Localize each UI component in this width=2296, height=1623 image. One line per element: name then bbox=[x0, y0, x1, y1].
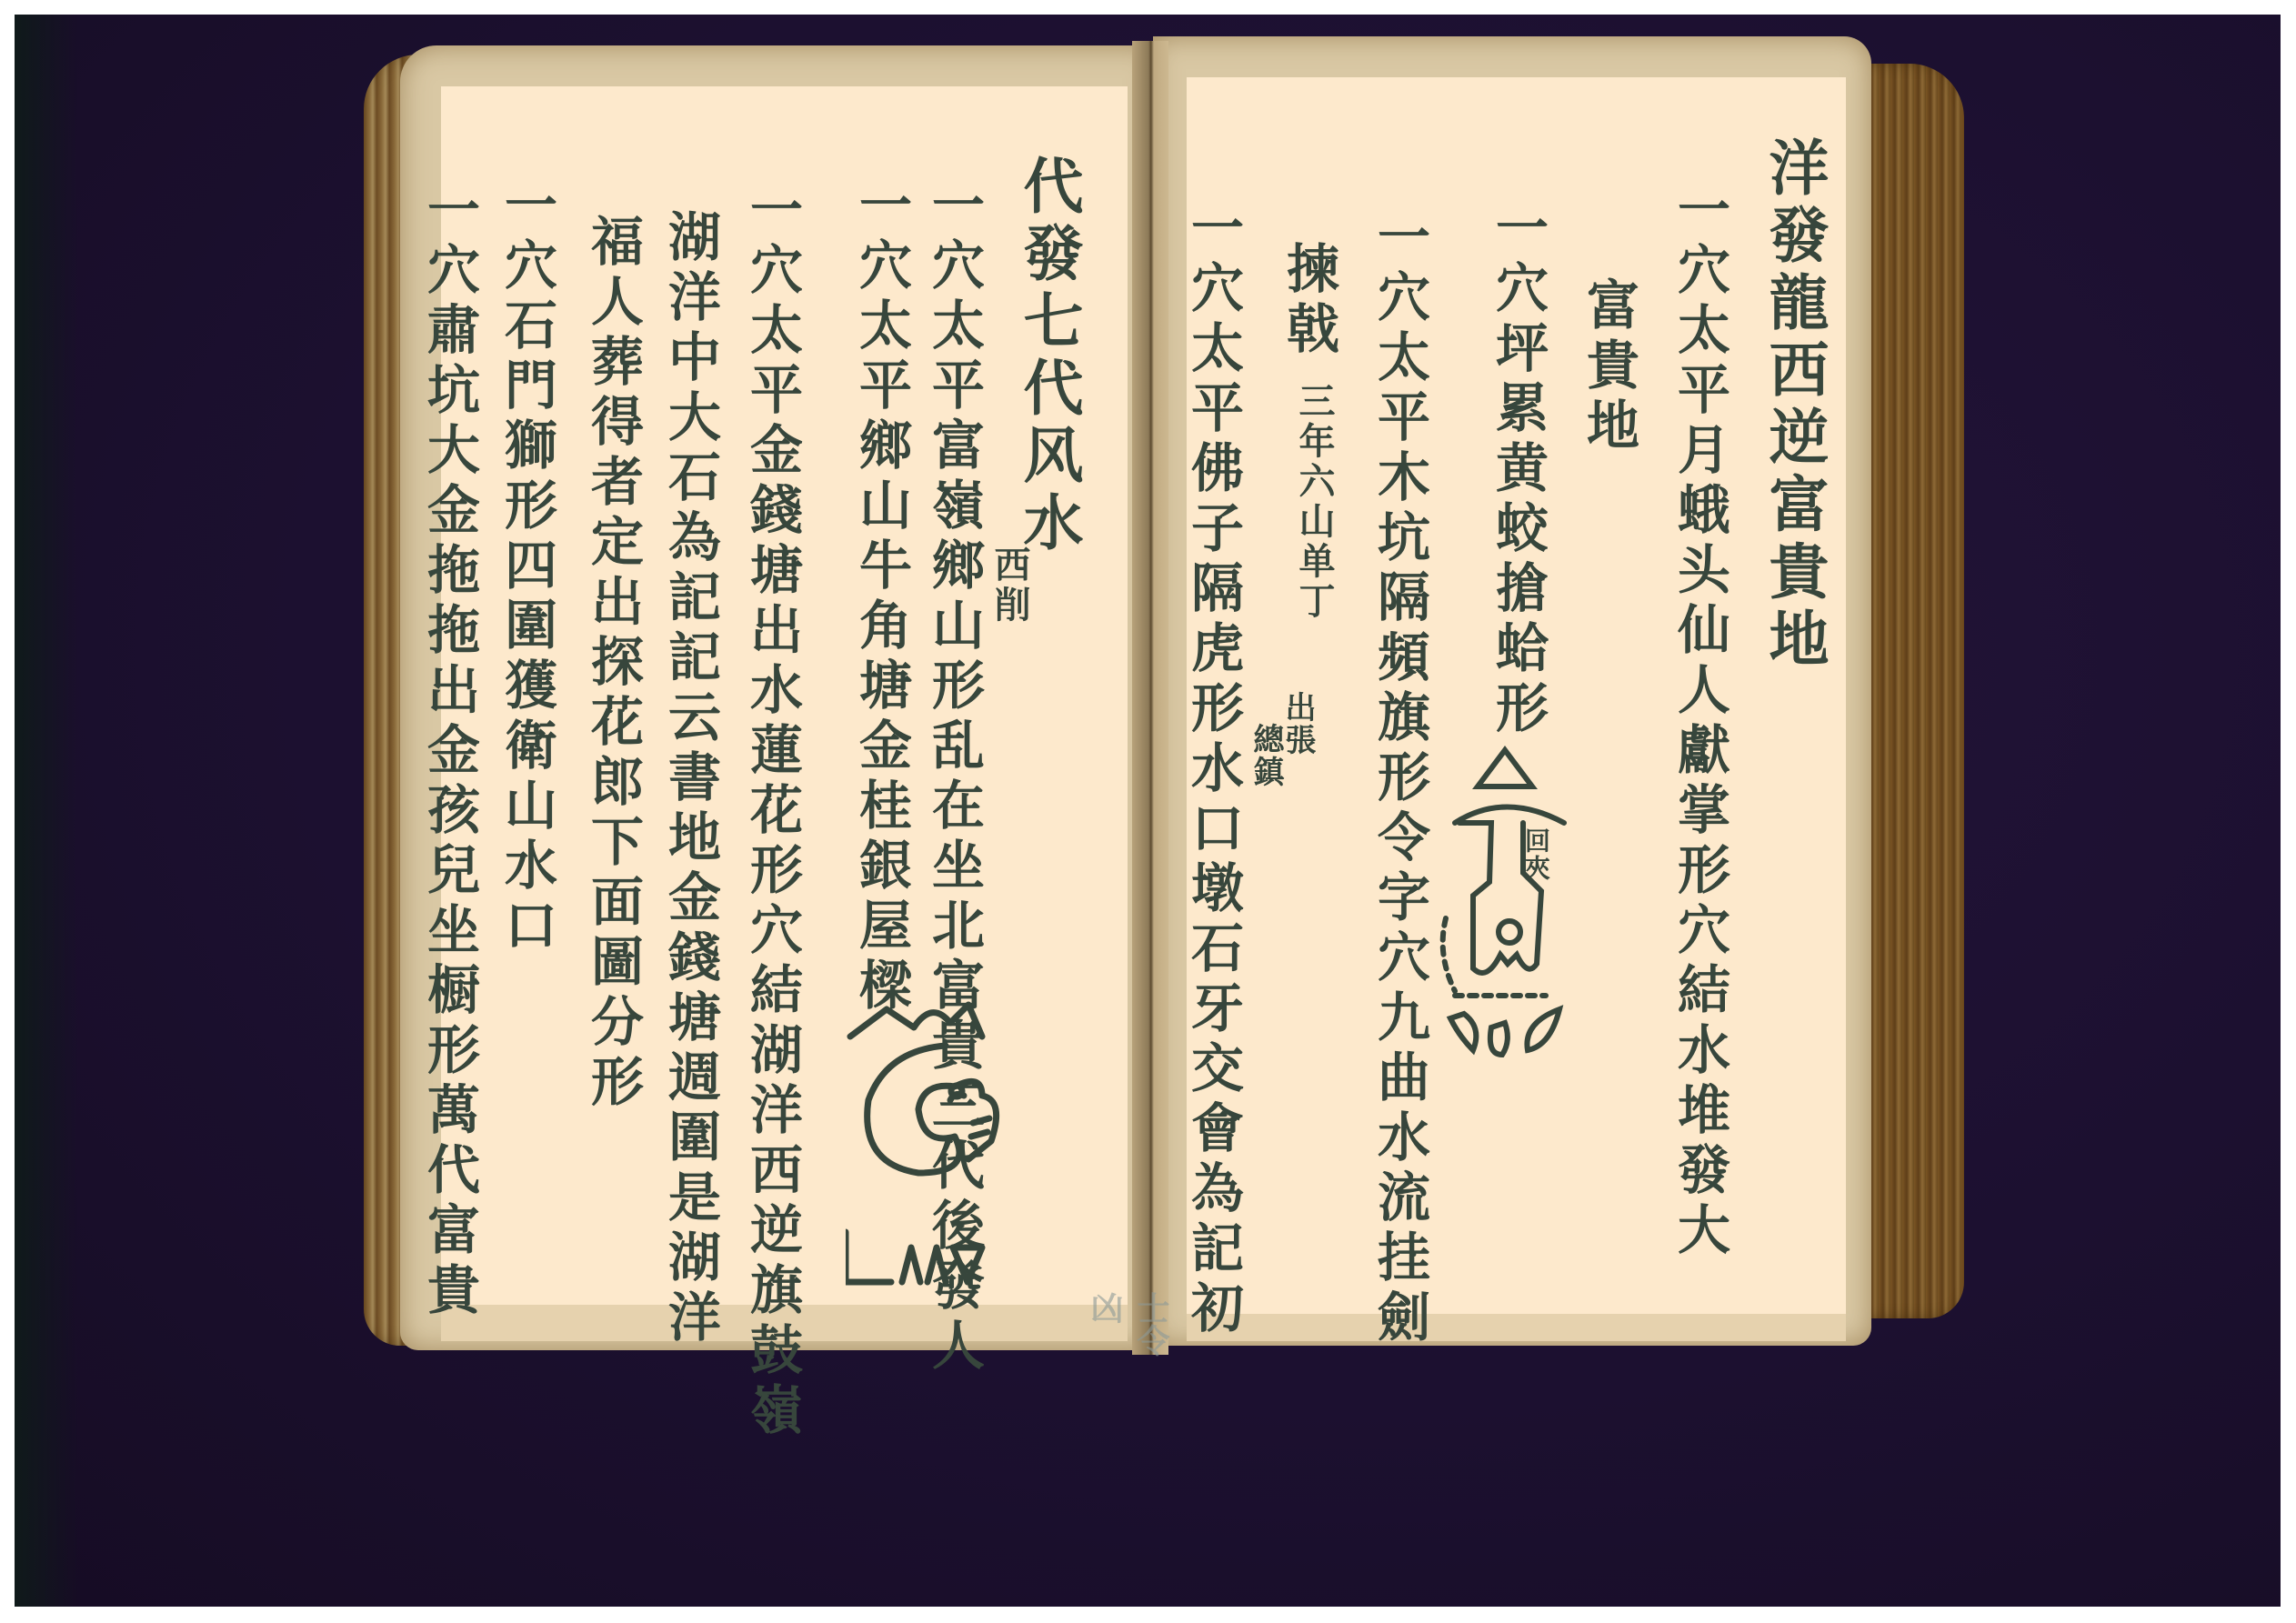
toad-form-diagram bbox=[846, 964, 1046, 1327]
left-column-1-note: 西削 bbox=[991, 546, 1028, 626]
right-column-4: 一穴太平木坑隔頻旗形令字穴九曲水流挂劍 bbox=[1373, 209, 1426, 1349]
bleed-through-ink: 士令 凶 bbox=[1082, 1291, 1175, 1368]
right-column-5b: 三年六山单丁 bbox=[1296, 382, 1332, 622]
right-page-stack-edge bbox=[1855, 64, 1964, 1318]
left-column-3: 一穴太平金錢塘出水蓮花形穴結湖洋西逆旗鼓嶺 bbox=[746, 182, 798, 1442]
right-column-6: 一穴太平佛子隔虎形水口墩石牙交會為記初 bbox=[1187, 200, 1239, 1340]
diagram-label: 回夾 bbox=[1523, 827, 1549, 882]
right-column-5d: 總鎮 bbox=[1250, 723, 1281, 788]
book-gutter bbox=[1132, 41, 1168, 1355]
mountain-form-diagram bbox=[1437, 736, 1573, 1064]
open-book: 洋發龍西逆富貴地 一穴太平月蛾头仙人獻掌形穴結水堆發大 富貴地 一穴坪累黄蛟搶蛤… bbox=[364, 36, 1964, 1368]
left-column-2: 一穴太平鄉山牛角塘金桂銀屋樑 bbox=[855, 177, 907, 1017]
right-column-3: 一穴坪累黄蛟搶蛤形 bbox=[1491, 200, 1544, 740]
right-page-bottom-margin bbox=[1187, 1314, 1846, 1341]
right-column-5a: 揀戟 bbox=[1282, 241, 1335, 361]
left-heading: 代發七代风水 bbox=[1018, 155, 1078, 558]
left-column-6: 一穴石門獅形四圍獲衛山水口 bbox=[500, 177, 553, 957]
left-column-4: 湖洋中大石為記記云書地金錢塘週圍是湖洋 bbox=[664, 209, 717, 1349]
right-column-5c: 出張 bbox=[1282, 691, 1313, 756]
left-column-5: 福人葬得者定出探花郎下面圖分形 bbox=[587, 214, 639, 1114]
left-column-7: 一穴肅坑大金拖拖出金孩兒坐橱形萬代富貴 bbox=[423, 182, 476, 1322]
right-heading: 洋發龍西逆富貴地 bbox=[1764, 136, 1824, 675]
right-column-1: 一穴太平月蛾头仙人獻掌形穴結水堆發大 bbox=[1673, 182, 1726, 1262]
right-column-2: 富貴地 bbox=[1582, 277, 1635, 457]
